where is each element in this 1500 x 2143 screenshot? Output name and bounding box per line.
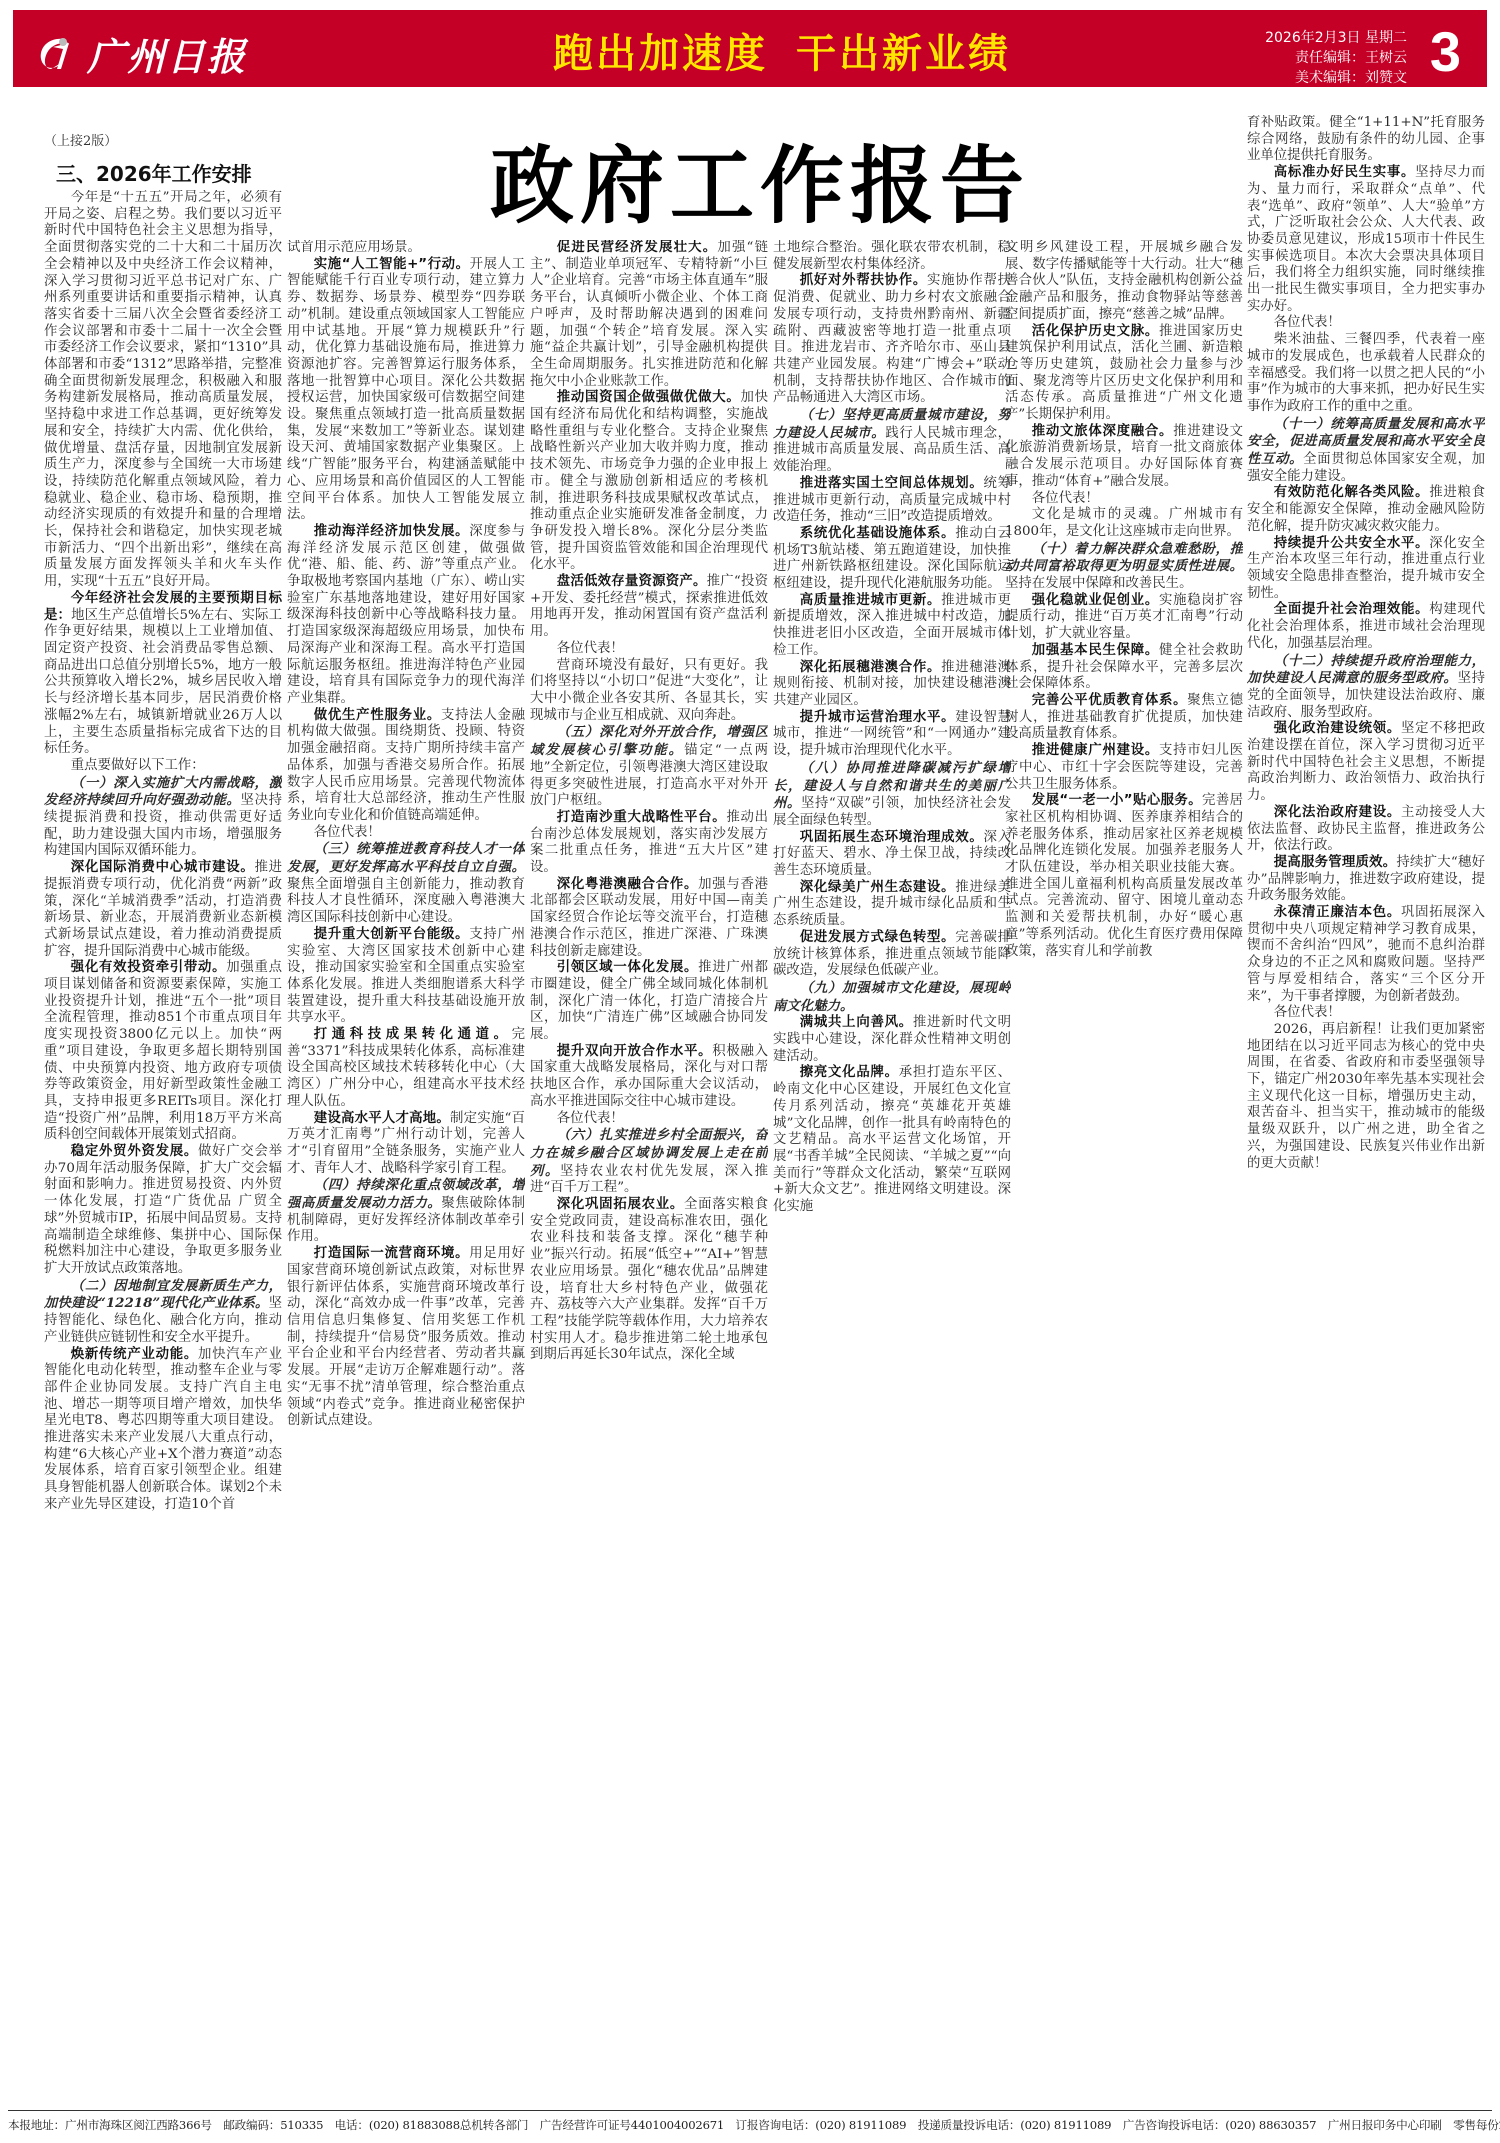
paragraph-text: 加快国有经济布局优化和结构调整，实施战略性重组与专业化整合。支持企业聚焦战略性新… [530, 390, 768, 572]
paragraph: 各位代表！ [1005, 491, 1243, 508]
paragraph-lead: 加强基本民生保障。 [1032, 643, 1159, 658]
newspaper-footer: 本报地址：广州市海珠区阅江西路366号 邮政编码：510335 电话：(020)… [8, 2117, 1492, 2133]
paragraph: 发展“一老一小”贴心服务。完善居家社区机构相协调、医养康养相结合的养老服务体系，… [1005, 793, 1243, 960]
paragraph-lead: 全面提升社会治理效能。 [1274, 602, 1429, 617]
paragraph-lead: 促进民营经济发展壮大。 [557, 240, 718, 255]
paragraph: 提升双向开放合作水平。积极融入国家重大战略发展格局，深化与对口帮扶地区合作，承办… [530, 1044, 768, 1111]
paragraph-lead: 焕新传统产业动能。 [71, 1347, 198, 1362]
paragraph: （四）持续深化重点领域改革，增强高质量发展动力活力。聚焦破除体制机制障碍，更好发… [287, 1177, 525, 1246]
paragraph: 各位代表！ [530, 1111, 768, 1128]
page-slogan: 跑出加速度干出新业绩 [553, 22, 1011, 79]
paragraph-lead: 活化保护历史文脉。 [1032, 324, 1159, 339]
paragraph: 永葆清正廉洁本色。巩固拓展深入贯彻中央八项规定精神学习教育成果，锲而不舍纠治“四… [1247, 905, 1485, 1005]
paragraph-lead: 完善公平优质教育体系。 [1032, 693, 1187, 708]
paragraph: 稳定外贸外资发展。做好广交会举办70周年活动服务保障，扩大广交会辐射面和影响力。… [44, 1144, 282, 1278]
paragraph: 推动海洋经济加快发展。深度参与海洋经济发展示范区创建，做强做优“港、船、能、药、… [287, 524, 525, 708]
paragraph-text: 坚持“双碳”引领，加快经济社会发展全面绿色转型。 [773, 796, 1011, 828]
paragraph: 促进民营经济发展壮大。加强“链主”、制造业单项冠军、专精特新“小巨人”企业培育。… [530, 240, 768, 390]
paragraph: （八）协同推进降碳减污扩绿增长，建设人与自然和谐共生的美丽广州。坚持“双碳”引领… [773, 760, 1011, 830]
paragraph: 持续提升公共安全水平。深化安全生产治本攻坚三年行动，推进重点行业领域安全隐患排查… [1247, 536, 1485, 603]
paragraph-lead: 实施“人工智能+”行动。 [314, 257, 470, 272]
paragraph-lead: 打造南沙重大战略性平台。 [557, 810, 727, 825]
paragraph-lead: 持续提升公共安全水平。 [1274, 536, 1429, 551]
text-column-2: 试首用示范应用场景。实施“人工智能+”行动。开展人工智能赋能千行百业专项行动，建… [287, 240, 525, 2095]
paragraph: （十一）统筹高质量发展和高水平安全，促进高质量发展和高水平安全良性互动。全面贯彻… [1247, 416, 1485, 486]
paragraph-lead: 永葆清正廉洁本色。 [1274, 905, 1401, 920]
slogan-part-2: 干出新业绩 [796, 31, 1011, 77]
paragraph: 完善公平优质教育体系。聚焦立德树人，推进基础教育扩优提质，加快建设高质量教育体系… [1005, 693, 1243, 743]
paragraph: 强化有效投资牵引带动。加强重点项目谋划储备和资源要素保障，实施工业投资提升计划，… [44, 960, 282, 1144]
text-column-6: 育补贴政策。健全“1+11+N”托育服务综合网络，鼓励有条件的幼儿园、企事业单位… [1247, 115, 1485, 2095]
paragraph: 满城共上向善风。推进新时代文明实践中心建设，深化群众性精神文明创建活动。 [773, 1015, 1011, 1065]
paragraph: 高标准办好民生实事。坚持尽力而为、量力而行，采取群众“点单”、代表“选单”、政府… [1247, 165, 1485, 315]
paragraph-lead: 引领区域一体化发展。 [557, 960, 698, 975]
paragraph: 提升城市运营治理水平。建设智慧城市，推进“一网统管”和“一网通办”建设，提升城市… [773, 710, 1011, 760]
paragraph-lead: 强化稳就业促创业。 [1032, 593, 1159, 608]
subsection-heading: （二）因地制宜发展新质生产力，加快建设“12218”现代化产业体系。 [44, 1278, 282, 1312]
paragraph: 深化绿美广州生态建设。推进绿美广州生态建设，提升城市绿化品质和生态系统质量。 [773, 880, 1011, 930]
paragraph-lead: 做优生产性服务业。 [314, 708, 441, 723]
paragraph-text: 聚焦全面增强自主创新能力，推动教育科技人才良性循环，深度融入粤港澳大湾区国际科技… [287, 877, 525, 925]
paragraph-lead: 深化拓展穗港澳合作。 [800, 660, 941, 675]
paragraph-lead: 深化国际消费中心城市建设。 [71, 860, 255, 875]
paragraph-lead: 强化政治建设统领。 [1274, 721, 1401, 736]
subsection-heading: （三）统筹推进教育科技人才一体发展，更好发挥高水平科技自立自强。 [287, 841, 525, 875]
paragraph-lead: 推进健康广州建设。 [1032, 743, 1159, 758]
paragraph-lead: 深化法治政府建设。 [1274, 805, 1401, 820]
paragraph-text: 开展人工智能赋能千行百业专项行动，建立算力券、数据券、场景券、模型券“四券联动”… [287, 257, 525, 523]
paragraph-lead: 提升重大创新平台能级。 [314, 927, 469, 942]
art-editor: 美术编辑：刘赞文 [1265, 68, 1407, 88]
paragraph: 提高服务管理质效。持续扩大“穗好办”品牌影响力，推进数字政府建设，提升政务服务效… [1247, 855, 1485, 905]
paragraph: 深化巩固拓展农业。全面落实粮食安全党政同责，建设高标准农田，强化农业科技和装备支… [530, 1197, 768, 1364]
paragraph-lead: 强化有效投资牵引带动。 [71, 960, 226, 975]
page-number: 3 [1430, 22, 1461, 82]
paragraph-lead: 提高服务管理质效。 [1274, 855, 1397, 870]
paragraph-text: 重点要做好以下工作： [71, 758, 205, 773]
paragraph: 推进落实国土空间总体规划。统筹推进城市更新行动，高质量完成城中村改造任务，推动“… [773, 476, 1011, 526]
paragraph-text: 完善居家社区机构相协调、医养康养相结合的养老服务体系，推动居家社区养老规模化品牌… [1005, 793, 1243, 958]
subsection-heading: （十）着力解决群众急难愁盼，推动共同富裕取得更为明显实质性进展。 [1005, 541, 1243, 575]
newspaper-logo: 广州日报 [35, 26, 247, 81]
paragraph-text: 做好广交会举办70周年活动服务保障，扩大广交会辐射面和影响力。推进贸易投资、内外… [44, 1144, 282, 1276]
paragraph-lead: 发展“一老一小”贴心服务。 [1032, 793, 1202, 808]
paragraph: 各位代表！ [287, 825, 525, 842]
paragraph-text: 文化是城市的灵魂。广州城市有1800年，是文化让这座城市走向世界。 [1005, 507, 1243, 539]
paragraph-text: 实施协作帮扶促消费、促就业、助力乡村农文旅融合发展专项行动，支持贵州黔南州、新疆… [773, 273, 1011, 405]
paragraph-lead: 有效防范化解各类风险。 [1274, 485, 1429, 500]
paragraph: 促进发展方式绿色转型。完善碳排放统计核算体系，推进重点领域节能降碳改造，发展绿色… [773, 930, 1011, 980]
paragraph: 活化保护历史文脉。推进国家历史建筑保护利用试点，活化兰圃、新造粮仓等历史建筑，鼓… [1005, 324, 1243, 424]
issue-meta: 2026年2月3日 星期二 责任编辑：王树云 美术编辑：刘赞文 [1265, 28, 1407, 88]
paragraph: 各位代表！ [1247, 1005, 1485, 1022]
subsection-heading: （十二）持续提升政府治理能力，加快建设人民满意的服务型政府。 [1247, 653, 1485, 687]
paragraph-text: 承担打造东平区、岭南文化中心区建设，开展红色文化宣传月系列活动，擦亮“英雄花开英… [773, 1065, 1011, 1214]
paragraph: 全面提升社会治理效能。构建现代化社会治理体系，推进市域社会治理现代化，加强基层治… [1247, 602, 1485, 652]
paragraph: 系统优化基础设施体系。推动白云机场T3航站楼、第五跑道建设，加快推进广州新铁路枢… [773, 526, 1011, 593]
paragraph: （七）坚持更高质量城市建设，努力建设人民城市。践行人民城市理念，推进城市高质量发… [773, 407, 1011, 476]
paragraph-text: 地区生产总值增长5%左右、实际工作争更好结果，规模以上工业增加值、固定资产投资、… [44, 608, 282, 757]
paragraph-lead: 推进落实国土空间总体规划。 [800, 476, 984, 491]
paragraph: 试首用示范应用场景。 [287, 240, 525, 257]
paragraph-lead: 擦亮文化品牌。 [800, 1065, 899, 1080]
paragraph: 深化国际消费中心城市建设。推进提振消费专项行动，优化消费“两新”政策，深化“羊城… [44, 860, 282, 960]
paragraph: 抓好对外帮扶协作。实施协作帮扶促消费、促就业、助力乡村农文旅融合发展专项行动，支… [773, 273, 1011, 407]
paragraph: 各位代表！ [530, 641, 768, 658]
paragraph-text: 营商环境没有最好，只有更好。我们将坚持以“小切口”促进“大变化”，让大中小微企业… [530, 658, 768, 723]
paragraph-lead: 巩固拓展生态环境治理成效。 [800, 830, 984, 845]
continued-from-label: （上接2版） [44, 130, 117, 149]
paragraph-text: 文明乡风建设工程，开展城乡融合发展、数字传播赋能等十大行动。壮大“穗善合伙人”队… [1005, 240, 1243, 322]
paragraph-text: 坚持尽力而为、量力而行，采取群众“点单”、代表“选单”、政府“领单”、人大“验单… [1247, 165, 1485, 314]
paragraph-text: 加快汽车产业智能化电动化转型，推动整车企业与零部件企业协同发展。支持广汽自主电池… [44, 1347, 282, 1512]
paragraph-text: 各位代表！ [557, 641, 624, 656]
article-title: 政府工作报告 [410, 136, 1110, 236]
paragraph: 推动国资国企做强做优做大。加快国有经济布局优化和结构调整，实施战略性重组与专业化… [530, 390, 768, 574]
paragraph-text: 加强“链主”、制造业单项冠军、专精特新“小巨人”企业培育。完善“市场主体直通车”… [530, 240, 768, 389]
paragraph: 打造南沙重大战略性平台。推动出台南沙总体发展规划，落实南沙发展方案二批重点任务，… [530, 810, 768, 877]
paragraph: 2026，再启新程！让我们更加紧密地团结在以习近平同志为核心的党中央周围，在省委… [1247, 1022, 1485, 1172]
guangzhou-daily-logo-icon [35, 33, 79, 75]
paragraph-lead: 打造国际一流营商环境。 [314, 1246, 469, 1261]
paragraph-text: 各位代表！ [314, 825, 381, 840]
paragraph: （一）深入实施扩大内需战略，激发经济持续回升向好强劲动能。坚决持续提振消费和投资… [44, 775, 282, 861]
paragraph: 营商环境没有最好，只有更好。我们将坚持以“小切口”促进“大变化”，让大中小微企业… [530, 658, 768, 725]
paragraph-lead: 建设高水平人才高地。 [314, 1111, 450, 1126]
paragraph-text: 土地综合整治。强化联农带农机制，稳健发展新型农村集体经济。 [773, 240, 1011, 272]
paragraph: 实施“人工智能+”行动。开展人工智能赋能千行百业专项行动，建立算力券、数据券、场… [287, 257, 525, 524]
paragraph: （五）深化对外开放合作，增强区域发展核心引擎功能。锚定“一点两地”全新定位，引领… [530, 724, 768, 810]
paragraph: 重点要做好以下工作： [44, 758, 282, 775]
footer-divider [8, 2110, 1492, 2111]
paragraph-text: 各位代表！ [1274, 315, 1341, 330]
paragraph: （十二）持续提升政府治理能力，加快建设人民满意的服务型政府。坚持党的全面领导，加… [1247, 653, 1485, 722]
paragraph: 巩固拓展生态环境治理成效。深入打好蓝天、碧水、净土保卫战，持续改善生态环境质量。 [773, 830, 1011, 880]
paragraph-text: 坚持农业农村优先发展，深入推进“百千万工程”。 [530, 1164, 768, 1196]
paragraph: （六）扎实推进乡村全面振兴，奋力在城乡融合区域协调发展上走在前列。坚持农业农村优… [530, 1127, 768, 1197]
paragraph: 高质量推进城市更新。推进城市更新提质增效，深入推进城中村改造，加快推进老旧小区改… [773, 593, 1011, 660]
paragraph-lead: 促进发展方式绿色转型。 [800, 930, 955, 945]
text-column-1: 今年是“十五五”开局之年，必须有开局之姿、启程之势。我们要以习近平新时代中国特色… [44, 190, 282, 2095]
paragraph-text: 全面落实粮食安全党政同责，建设高标准农田，强化农业科技和装备支撑。深化“穗芋种业… [530, 1197, 768, 1362]
paragraph: 土地综合整治。强化联农带农机制，稳健发展新型农村集体经济。 [773, 240, 1011, 273]
paragraph: 焕新传统产业动能。加快汽车产业智能化电动化转型，推动整车企业与零部件企业协同发展… [44, 1347, 282, 1514]
paragraph-lead: 深化绿美广州生态建设。 [800, 880, 955, 895]
paragraph-text: 各位代表！ [1274, 1005, 1341, 1020]
text-column-5: 文明乡风建设工程，开展城乡融合发展、数字传播赋能等十大行动。壮大“穗善合伙人”队… [1005, 240, 1243, 2095]
issue-date: 2026年2月3日 星期二 [1265, 28, 1407, 48]
logo-text: 广州日报 [87, 26, 247, 81]
paragraph-lead: 推动文旅体深度融合。 [1032, 424, 1173, 439]
paragraph-text: 用足用好国家营商环境创新试点政策，对标世界银行新评估体系，实施营商环境改革行动，… [287, 1246, 525, 1428]
paragraph-lead: 盘活低效存量资源资产。 [557, 574, 707, 589]
paragraph-text: 2026，再启新程！让我们更加紧密地团结在以习近平同志为核心的党中央周围，在省委… [1247, 1022, 1485, 1171]
paragraph: （三）统筹推进教育科技人才一体发展，更好发挥高水平科技自立自强。聚焦全面增强自主… [287, 841, 525, 927]
paragraph: 建设高水平人才高地。制定实施“百万英才汇南粤”广州行动计划，完善人才“引育留用”… [287, 1111, 525, 1178]
paragraph-lead: 提升城市运营治理水平。 [800, 710, 955, 725]
paragraph: 做优生产性服务业。支持法人金融机构做大做强。围绕期货、投顾、特资加强金融招商。支… [287, 708, 525, 825]
paragraph: 引领区域一体化发展。推进广州都市圈建设，健全广佛全域同城化体制机制，深化广清一体… [530, 960, 768, 1044]
paragraph-text: 今年是“十五五”开局之年，必须有开局之姿、启程之势。我们要以习近平新时代中国特色… [44, 190, 282, 589]
paragraph-text: 各位代表！ [557, 1111, 624, 1126]
paragraph-lead: 系统优化基础设施体系。 [800, 526, 955, 541]
paragraph-lead: 深化巩固拓展农业。 [557, 1197, 684, 1212]
paragraph-lead: 打通科技成果转化通道。 [314, 1027, 512, 1042]
paragraph: （二）因地制宜发展新质生产力，加快建设“12218”现代化产业体系。坚持智能化、… [44, 1278, 282, 1347]
paragraph-lead: 推动国资国企做强做优做大。 [557, 390, 741, 405]
paragraph: （九）加强城市文化建设，展现岭南文化魅力。 [773, 980, 1011, 1015]
paragraph: 柴米油盐、三餐四季，代表着一座城市的发展成色，也承载着人民群众的幸福感受。我们将… [1247, 332, 1485, 416]
paragraph-lead: 深化粤港澳融合合作。 [557, 877, 698, 892]
paragraph: 育补贴政策。健全“1+11+N”托育服务综合网络，鼓励有条件的幼儿园、企事业单位… [1247, 115, 1485, 165]
paragraph-lead: 满城共上向善风。 [800, 1015, 913, 1030]
paragraph: 文明乡风建设工程，开展城乡融合发展、数字传播赋能等十大行动。壮大“穗善合伙人”队… [1005, 240, 1243, 324]
paragraph-text: 各位代表！ [1032, 491, 1099, 506]
paragraph: 强化政治建设统领。坚定不移把政治建设摆在首位，深入学习贯彻习近平新时代中国特色社… [1247, 721, 1485, 805]
paragraph: 打通科技成果转化通道。完善“3371”科技成果转化体系，高标准建设全国高校区域技… [287, 1027, 525, 1111]
paragraph: 深化粤港澳融合合作。加强与香港北部都会区联动发展，用好中国—南美国家经贸合作论坛… [530, 877, 768, 961]
subsection-heading: （九）加强城市文化建设，展现岭南文化魅力。 [773, 980, 1011, 1014]
paragraph-lead: 提升双向开放合作水平。 [557, 1044, 712, 1059]
paragraph-text: 支持法人金融机构做大做强。围绕期货、投顾、特资加强金融招商。支持广期所持续丰富产… [287, 708, 525, 823]
paragraph-lead: 抓好对外帮扶协作。 [800, 273, 927, 288]
paragraph: 各位代表！ [1247, 315, 1485, 332]
paragraph-text: 育补贴政策。健全“1+11+N”托育服务综合网络，鼓励有条件的幼儿园、企事业单位… [1247, 115, 1485, 163]
paragraph-lead: 推动海洋经济加快发展。 [314, 524, 469, 539]
paragraph: 擦亮文化品牌。承担打造东平区、岭南文化中心区建设，开展红色文化宣传月系列活动，擦… [773, 1065, 1011, 1215]
paragraph: 强化稳就业促创业。实施稳岗扩容提质行动，推进“百万英才汇南粤”行动计划，扩大就业… [1005, 593, 1243, 643]
paragraph: 加强基本民生保障。健全社会救助体系，提升社会保障水平，完善多层次社会保障体系。 [1005, 643, 1243, 693]
paragraph: 深化拓展穗港澳合作。推进穗港澳规则衔接、机制对接，加快建设穗港澳共建产业园区。 [773, 660, 1011, 710]
paragraph: 文化是城市的灵魂。广州城市有1800年，是文化让这座城市走向世界。 [1005, 507, 1243, 540]
paragraph: 打造国际一流营商环境。用足用好国家营商环境创新试点政策，对标世界银行新评估体系，… [287, 1246, 525, 1430]
paragraph-text: 加强重点项目谋划储备和资源要素保障，实施工业投资提升计划，推进“五个一批”项目全… [44, 960, 282, 1142]
paragraph: （十）着力解决群众急难愁盼，推动共同富裕取得更为明显实质性进展。坚持在发展中保障… [1005, 541, 1243, 593]
paragraph-text: 深度参与海洋经济发展示范区创建，做强做优“港、船、能、药、游”等重点产业。争取极… [287, 524, 525, 706]
paragraph-text: 试首用示范应用场景。 [287, 240, 421, 255]
paragraph-lead: 高标准办好民生实事。 [1274, 165, 1415, 180]
slogan-part-1: 跑出加速度 [553, 31, 768, 77]
paragraph: 盘活低效存量资源资产。推广“投资+开发、委托经营”模式，探索推进低效用地再开发，… [530, 574, 768, 641]
paragraph-text: 坚持在发展中保障和改善民生。 [1005, 576, 1192, 591]
paragraph: 推进健康广州建设。支持市妇儿医疗中心、市红十字会医院等建设，完善公共卫生服务体系… [1005, 743, 1243, 793]
paragraph: 提升重大创新平台能级。支持广州实验室、大湾区国家技术创新中心建设，推动国家实验室… [287, 927, 525, 1027]
paragraph-text: 柴米油盐、三餐四季，代表着一座城市的发展成色，也承载着人民群众的幸福感受。我们将… [1247, 332, 1485, 414]
paragraph: 深化法治政府建设。主动接受人大依法监督、政协民主监督，推进政务公开，依法行政。 [1247, 805, 1485, 855]
paragraph-lead: 高质量推进城市更新。 [800, 593, 941, 608]
paragraph-lead: 稳定外贸外资发展。 [71, 1144, 198, 1159]
masthead: 广州日报 跑出加速度干出新业绩 2026年2月3日 星期二 责任编辑：王树云 美… [13, 10, 1487, 87]
paragraph: 今年经济社会发展的主要预期目标是：地区生产总值增长5%左右、实际工作争更好结果，… [44, 591, 282, 758]
responsible-editor: 责任编辑：王树云 [1265, 48, 1407, 68]
paragraph: 推动文旅体深度融合。推进建设文化旅游消费新场景，培育一批文商旅体融合发展示范项目… [1005, 424, 1243, 491]
text-column-3: 促进民营经济发展壮大。加强“链主”、制造业单项冠军、专精特新“小巨人”企业培育。… [530, 240, 768, 2095]
section-title: 三、2026年工作安排 [56, 158, 252, 187]
text-column-4: 土地综合整治。强化联农带农机制，稳健发展新型农村集体经济。抓好对外帮扶协作。实施… [773, 240, 1011, 2095]
paragraph: 有效防范化解各类风险。推进粮食安全和能源安全保障，推动金融风险防范化解，提升防灾… [1247, 485, 1485, 535]
paragraph: 今年是“十五五”开局之年，必须有开局之姿、启程之势。我们要以习近平新时代中国特色… [44, 190, 282, 591]
